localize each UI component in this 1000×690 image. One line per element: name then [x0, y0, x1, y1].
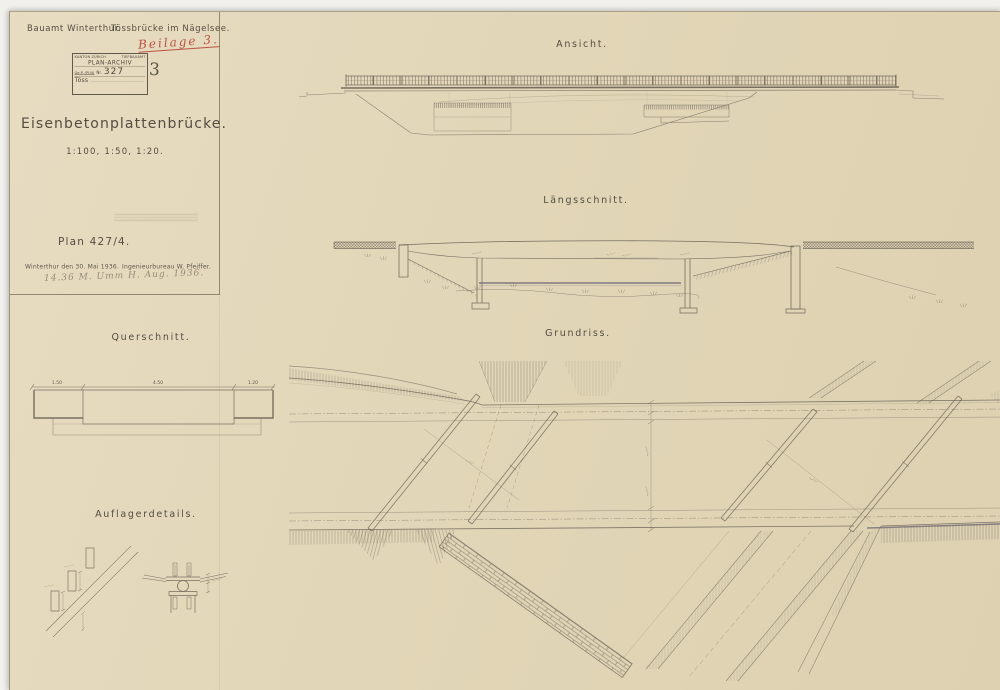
road-left [334, 242, 396, 249]
faded-stamp [114, 214, 198, 223]
plan-scales: 1:100, 1:50, 1:20. [21, 147, 209, 157]
section-label-auflagerdetails: Auflagerdetails. [76, 509, 216, 520]
masonry-channel [439, 533, 632, 677]
stamp-number: 327 [104, 68, 124, 76]
office-label: Bauamt Winterthur. [27, 24, 121, 34]
bearing-plan-detail [44, 546, 138, 637]
abutment-left [399, 245, 477, 297]
laengsschnitt-drawing [326, 227, 976, 325]
ansicht-drawing [299, 61, 944, 157]
abutment-bar-left [368, 394, 480, 531]
bridge-band [289, 400, 1000, 530]
pier-bar-2 [721, 409, 817, 521]
section-label-grundriss: Grundriss. [518, 328, 638, 339]
auflager-drawing [36, 531, 266, 646]
archive-stamp: KANTON ZÜRICH TIEFBAUAMT PLAN-ARCHIV Ge.… [72, 53, 148, 95]
red-annotation: Beilage 3. [138, 32, 220, 52]
stamp-ref: Ge.P. (Pl.N) [75, 71, 95, 76]
deck-cross-section [34, 390, 273, 435]
pier-2 [680, 259, 697, 313]
embankment [356, 91, 757, 135]
edge-hatch [289, 523, 1000, 545]
stamp-no-label: Nr. [96, 71, 102, 76]
span-dimension-lines [424, 429, 874, 524]
querschnitt-drawing: 1.50 4.50 1.20 [26, 371, 286, 446]
terrain [364, 253, 966, 307]
deck-section [399, 241, 794, 259]
left-flare [289, 366, 482, 405]
section-label-ansicht: Ansicht. [532, 39, 632, 50]
width-dimension [646, 400, 654, 532]
ground-lines [299, 90, 944, 99]
pencil-annex-number: 3 [148, 60, 160, 81]
abutment-right [693, 246, 805, 313]
abutment-bar-right [849, 396, 962, 532]
paths-upper-right [809, 361, 1000, 406]
section-label-laengsschnitt: Längsschnitt. [516, 195, 656, 206]
stamp-place: Töss [75, 77, 89, 84]
water-line [479, 283, 681, 286]
paper-sheet: Bauamt Winterthur. Tössbrücke im Nägelse… [9, 11, 1000, 690]
dim-label-left: 1.50 [52, 380, 62, 386]
road-right [803, 242, 974, 249]
grundriss-drawing [289, 356, 1000, 690]
plan-number: Plan 427/4. [58, 236, 130, 248]
title-box: Bauamt Winterthur. Tössbrücke im Nägelse… [10, 12, 220, 295]
bearing-section-detail [142, 563, 228, 613]
dim-label-right: 1.20 [248, 380, 258, 386]
section-label-querschnitt: Querschnitt. [91, 332, 211, 343]
level-annotation [472, 252, 689, 258]
deck [341, 87, 899, 91]
railing [346, 75, 896, 87]
place-date: Winterthur den 30. Mai 1936. [25, 263, 119, 270]
dim-label-middle: 4.50 [153, 380, 163, 386]
stream-crossing [469, 361, 623, 508]
paths-lower-right [619, 526, 881, 681]
plan-title: Eisenbetonplattenbrücke. [21, 116, 209, 132]
